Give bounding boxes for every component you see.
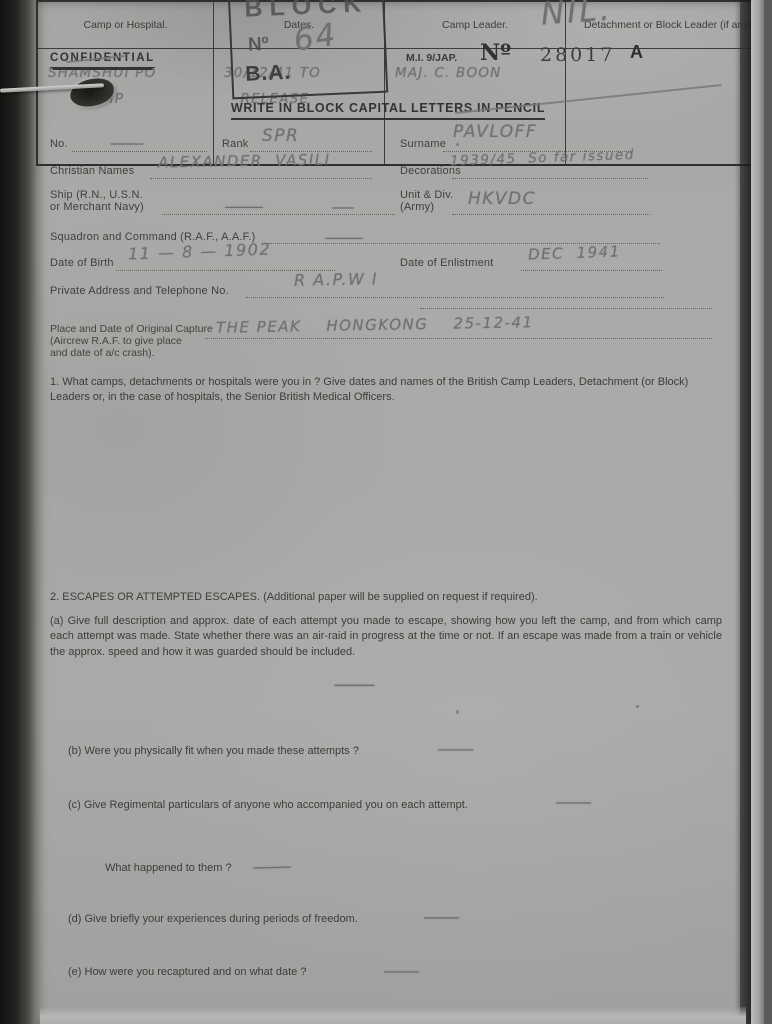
scan-edge-dark: [764, 0, 772, 1024]
answer-2d-nil-dash: —: [422, 908, 461, 926]
series-letter: A: [630, 42, 643, 63]
field-line-unit: [452, 214, 650, 215]
block-number-stamp: BLOCK Nº 64 B.A.: [228, 0, 388, 99]
field-value-unit: HKVDC: [468, 189, 536, 209]
field-value-enlistment: DEC 1941: [528, 242, 621, 263]
field-value-ship: —: [223, 197, 265, 216]
underlying-pages-bottom-edge: [40, 1007, 746, 1024]
field-line-address-continued: [420, 308, 712, 309]
field-label-enlistment: Date of Enlistment: [400, 257, 493, 269]
stamp-ba-label: B.A.: [245, 61, 292, 87]
form-paper: CONFIDENTIAL BLOCK Nº 64 B.A. NIL. M.I. …: [36, 0, 740, 1024]
camps-table-header-row: Camp or Hospital. Dates. Camp Leader. De…: [37, 1, 772, 49]
field-label-unit-2: (Army): [400, 201, 434, 213]
question-2d: (d) Give briefly your experiences during…: [68, 912, 358, 927]
serial-no-sign: Nº: [480, 40, 511, 66]
field-value-no: —: [109, 136, 145, 152]
field-label-rank: Rank: [222, 138, 248, 150]
field-line-decorations: [452, 178, 648, 179]
answer-2c-nil-dash: —: [554, 793, 593, 811]
question-2c-what-happened: What happened to them ?: [105, 861, 232, 876]
question-1: 1. What camps, detachments or hospitals …: [50, 375, 718, 406]
field-label-dob: Date of Birth: [50, 257, 114, 269]
field-label-capture-1: Place and Date of Original Capture: [50, 323, 213, 335]
stamp-no-label: Nº: [248, 34, 270, 57]
field-line-address: [246, 297, 664, 298]
field-value-capture: THE PEAK HONGKONG 25-12-41: [216, 313, 534, 337]
serial-number: 28017: [540, 44, 615, 66]
field-line-capture: [205, 338, 712, 339]
confidential-marking: CONFIDENTIAL: [50, 52, 155, 68]
stamp-block-number-handwritten: 64: [291, 17, 339, 59]
field-label-capture-3: and date of a/c crash).: [50, 347, 154, 359]
field-label-address: Private Address and Telephone No.: [50, 285, 229, 297]
field-line-enlistment: [521, 270, 662, 271]
col-header-camp-leader: Camp Leader.: [385, 1, 566, 49]
page-edge-shadow: [735, 0, 751, 1024]
scanned-document-page: { "header": { "confidential": "CONFIDENT…: [0, 0, 772, 1024]
form-reference: M.I. 9/JAP.: [406, 52, 457, 64]
cell-camp-leader: MAJ. C. BOON: [395, 61, 559, 87]
pencil-speck: [636, 705, 639, 708]
book-spine-shadow: [0, 0, 40, 1024]
col-header-camp: Camp or Hospital.: [37, 1, 214, 49]
pencil-speck: [456, 710, 459, 714]
field-value-address: R A.P.W I: [294, 269, 379, 289]
field-value-surname: PAVLOFF: [453, 122, 537, 142]
question-2a: (a) Give full description and approx. da…: [50, 614, 722, 660]
question-2e: (e) How were you recaptured and on what …: [68, 965, 306, 980]
answer-2b-nil-dash: —: [436, 740, 475, 758]
pencil-speck: [456, 143, 459, 146]
field-label-ship-1: Ship (R.N., U.S.N.: [50, 189, 143, 201]
answer-2c2-nil-dash: —: [250, 856, 295, 876]
field-label-christian-names: Christian Names: [50, 165, 134, 177]
question-2c: (c) Give Regimental particulars of anyon…: [68, 798, 468, 813]
field-line-christian-names: [150, 178, 372, 179]
instruction-text: WRITE IN BLOCK CAPITAL LETTERS IN PENCIL: [231, 101, 545, 120]
pencil-dash: [332, 207, 354, 209]
field-value-christian-names: ALEXANDER VASILI: [158, 150, 331, 171]
nil-annotation-handwritten: NIL.: [540, 0, 614, 32]
underlying-page-edge: [751, 0, 764, 1024]
field-label-capture-2: (Aircrew R.A.F. to give place: [50, 335, 182, 347]
field-label-surname: Surname: [400, 138, 446, 150]
question-2b: (b) Were you physically fit when you mad…: [68, 744, 359, 759]
field-line-ship: [162, 214, 395, 215]
answer-2a-nil-dash: —: [332, 675, 376, 695]
field-value-squadron: —: [323, 228, 365, 247]
field-value-rank: SPR: [262, 126, 299, 146]
answer-2e-nil-dash: —: [382, 962, 421, 980]
section-2-heading: 2. ESCAPES OR ATTEMPTED ESCAPES. (Additi…: [50, 590, 730, 605]
field-label-no: No.: [50, 138, 68, 150]
field-label-unit-1: Unit & Div.: [400, 189, 453, 201]
field-label-ship-2: or Merchant Navy): [50, 201, 144, 213]
form-instruction-heading: WRITE IN BLOCK CAPITAL LETTERS IN PENCIL: [36, 99, 740, 117]
field-value-dob: 11 — 8 — 1902: [128, 240, 272, 264]
